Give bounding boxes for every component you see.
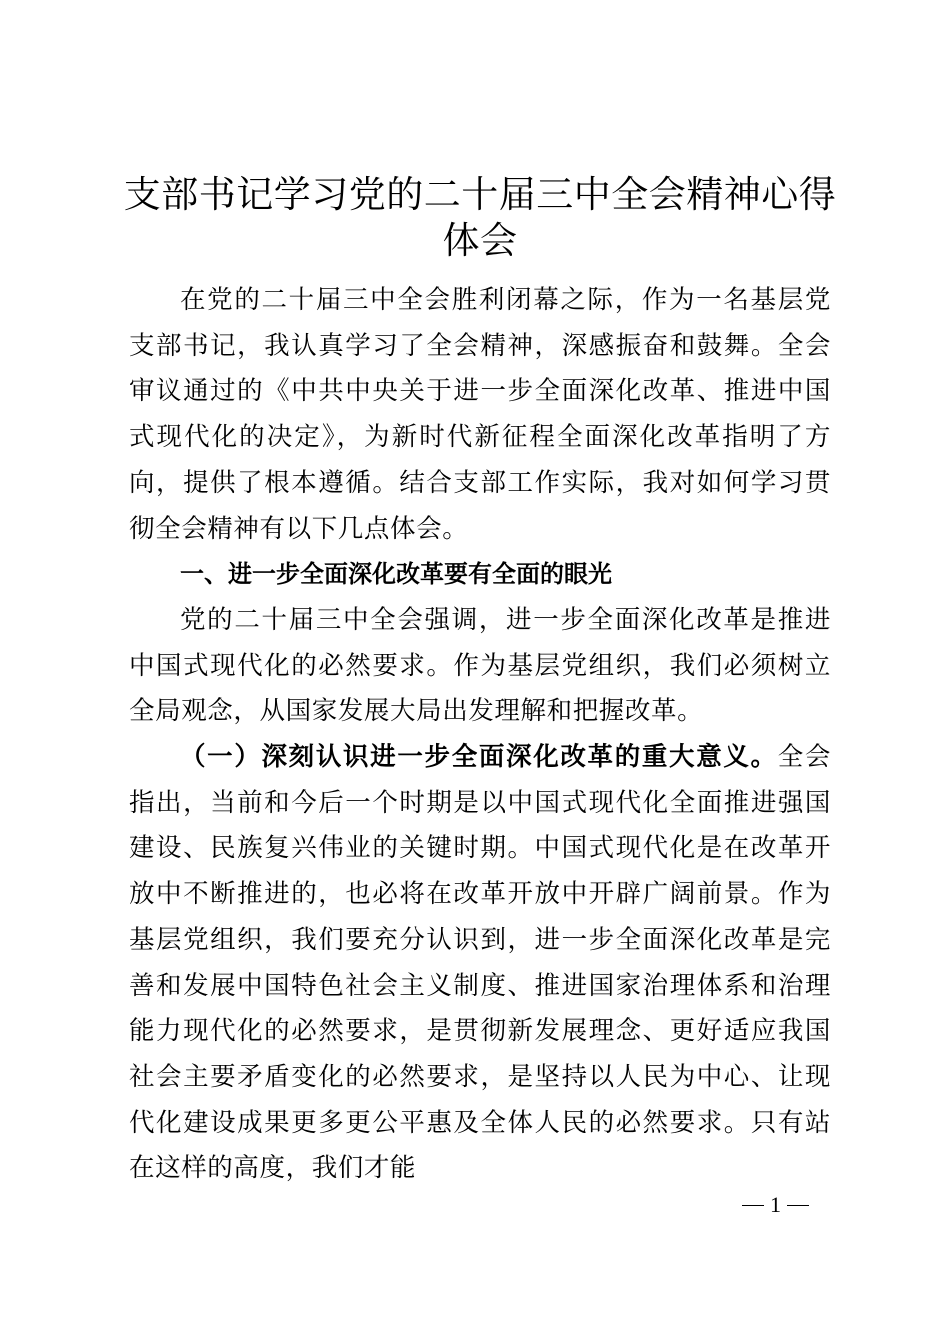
- subsection-1-lead: （一）深刻认识进一步全面深化改革的重大意义。: [180, 742, 778, 772]
- page-number: 1: [770, 1192, 781, 1218]
- document-body: 在党的二十届三中全会胜利闭幕之际，作为一名基层党支部书记，我认真学习了全会精神，…: [129, 278, 831, 1192]
- subsection-1-text: 全会指出，当前和今后一个时期是以中国式现代化全面推进强国建设、民族复兴伟业的关键…: [129, 742, 831, 1183]
- dash-right: [787, 1205, 809, 1206]
- document-title: 支部书记学习党的二十届三中全会精神心得体会: [120, 172, 840, 264]
- page-number-footer: 1: [742, 1192, 809, 1218]
- subsection-1-paragraph: （一）深刻认识进一步全面深化改革的重大意义。全会指出，当前和今后一个时期是以中国…: [129, 735, 831, 1192]
- document-page: 支部书记学习党的二十届三中全会精神心得体会 在党的二十届三中全会胜利闭幕之际，作…: [0, 0, 950, 1344]
- intro-paragraph: 在党的二十届三中全会胜利闭幕之际，作为一名基层党支部书记，我认真学习了全会精神，…: [129, 278, 831, 552]
- dash-left: [742, 1205, 764, 1206]
- section-heading-1: 一、进一步全面深化改革要有全面的眼光: [129, 552, 831, 598]
- section-1-paragraph: 党的二十届三中全会强调，进一步全面深化改革是推进中国式现代化的必然要求。作为基层…: [129, 598, 831, 735]
